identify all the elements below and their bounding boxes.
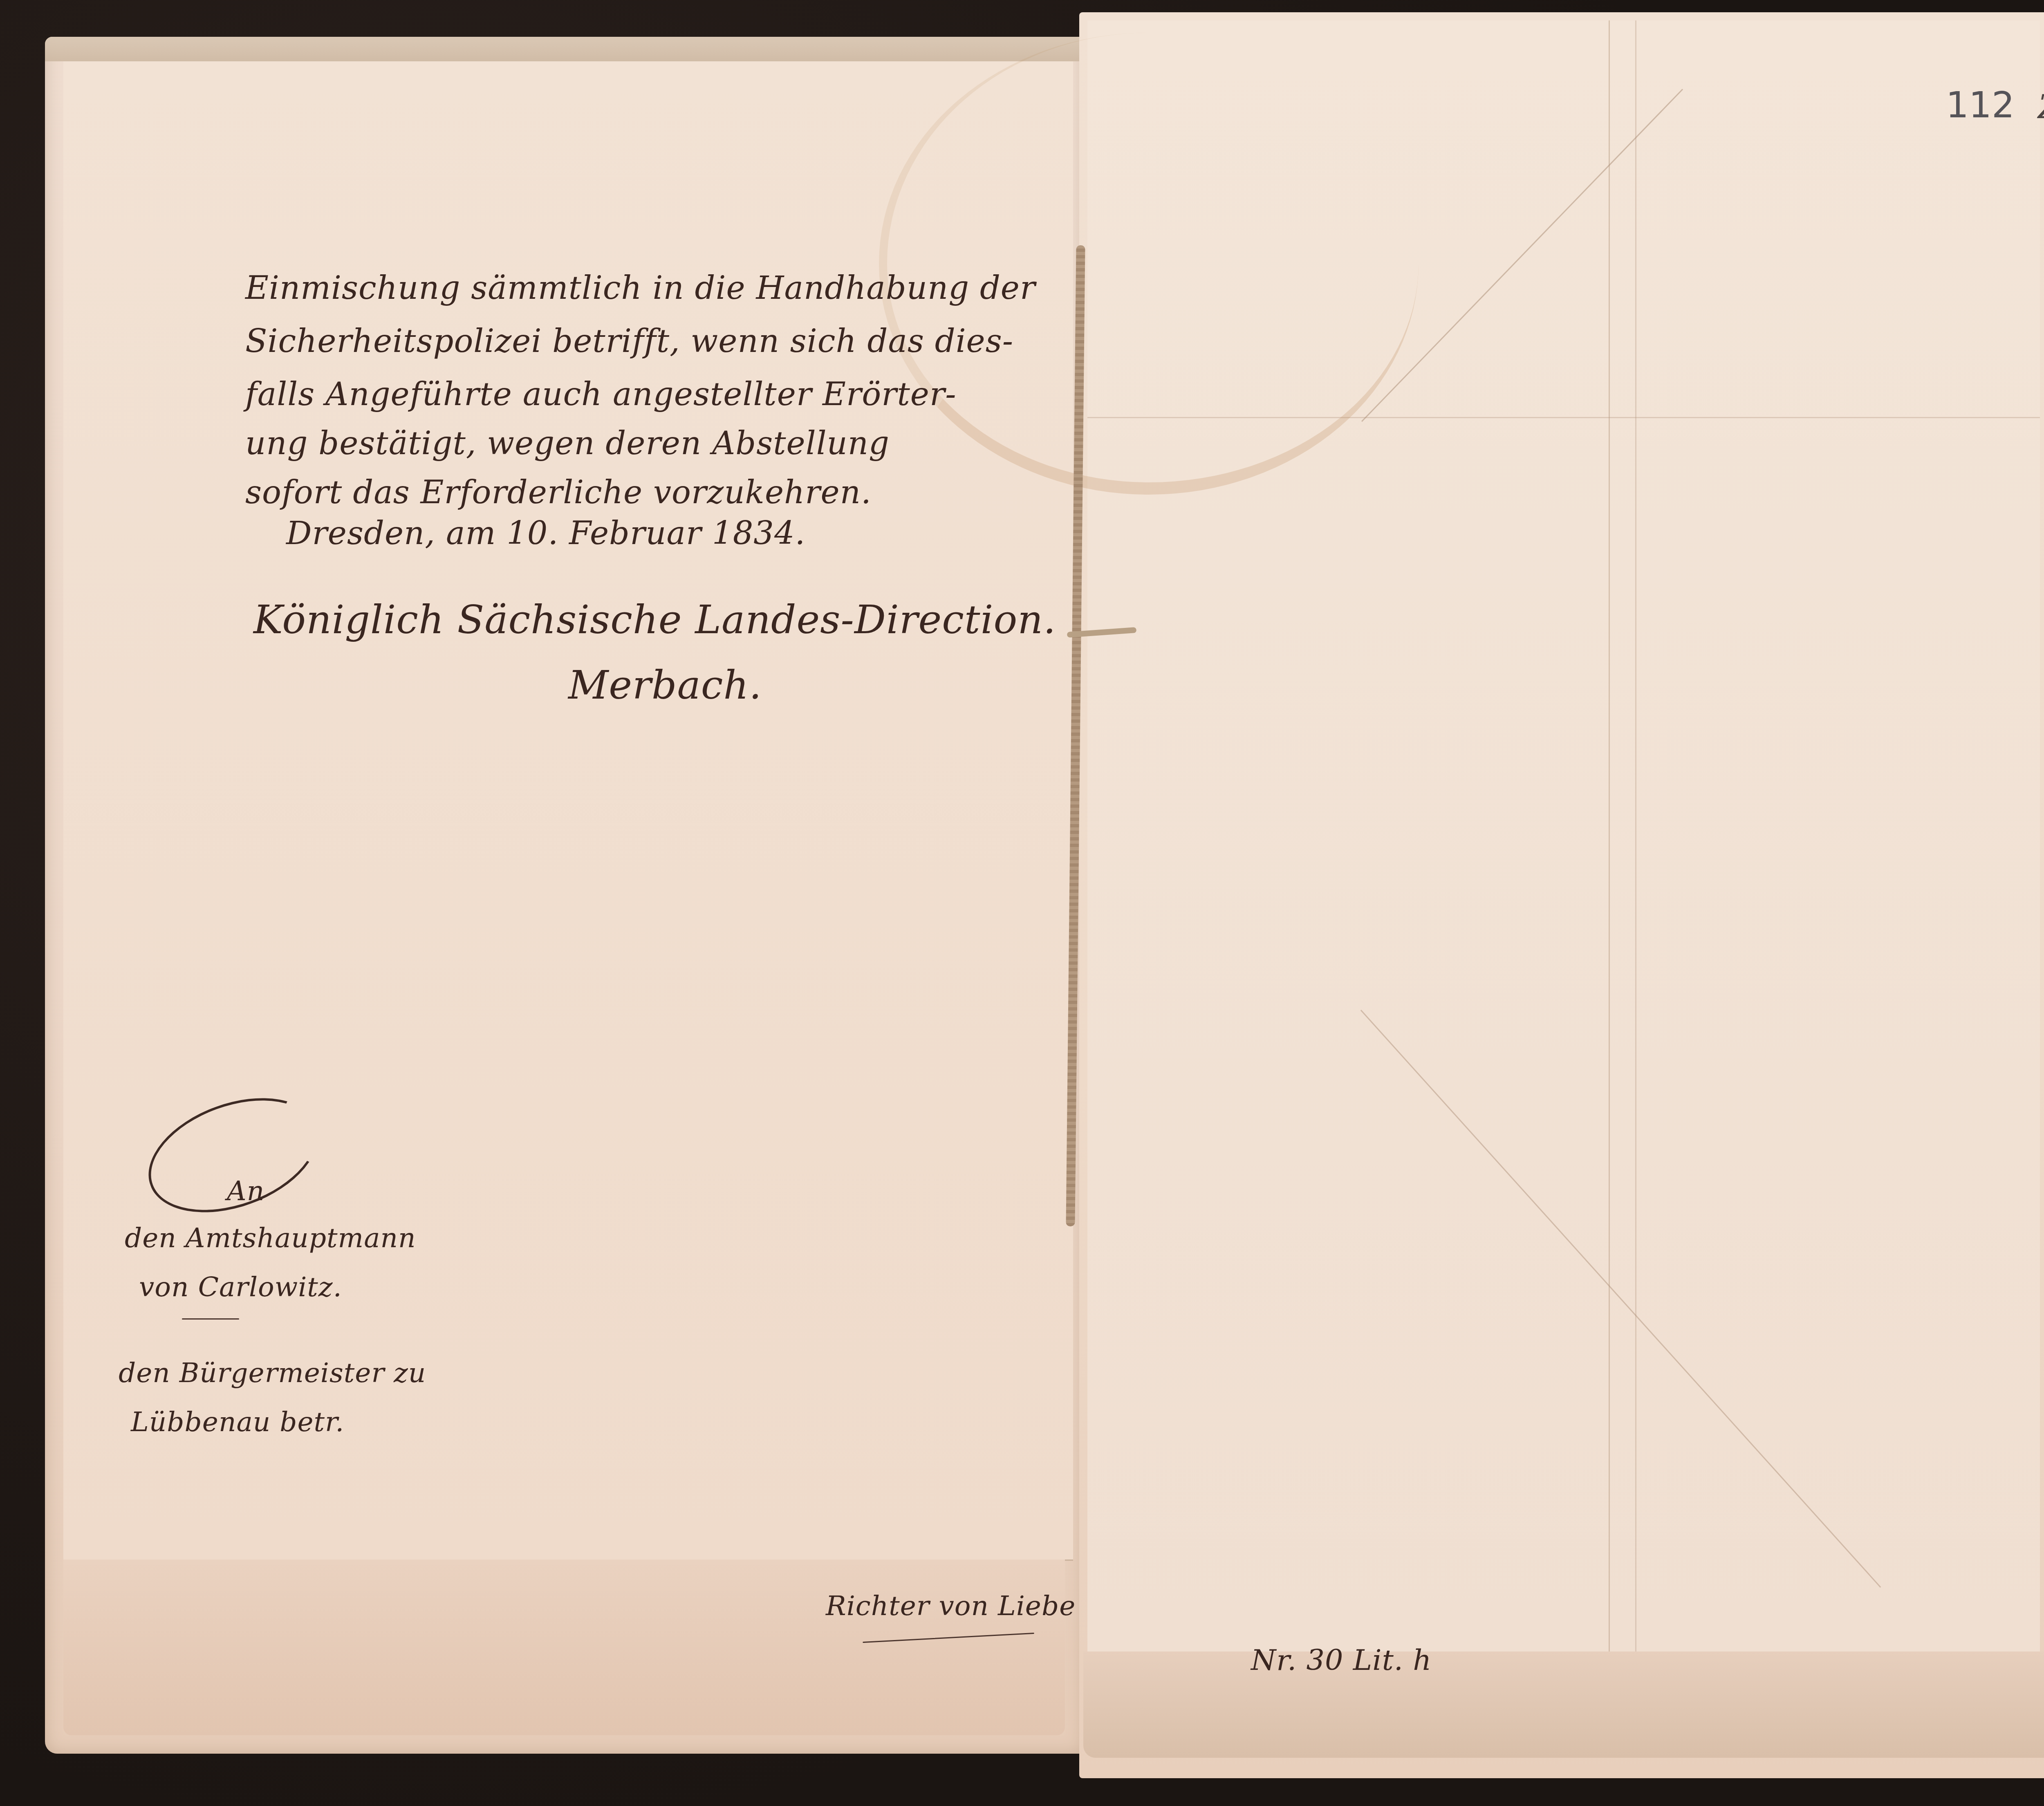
body-line-2: Sicherheitspolizei betrifft, wenn sich d…	[245, 323, 1013, 360]
fold-crease-vertical	[1609, 20, 1610, 1651]
issuing-authority: Königlich Sächsische Landes-Direction.	[253, 597, 1056, 643]
address-line-von: von Carlowitz.	[139, 1271, 342, 1303]
right-page	[1079, 12, 2044, 1778]
dateline: Dresden, am 10. Februar 1834.	[286, 515, 805, 552]
body-line-5: sofort das Erforderliche vorzukehren.	[245, 474, 872, 511]
edge-mark: Z.	[2038, 88, 2044, 126]
lower-note: Nr. 30 Lit. h	[1251, 1643, 1432, 1677]
folio-number: 112	[1946, 84, 2015, 126]
address-line-an: An	[227, 1175, 264, 1207]
address-line-buergermeister: den Bürgermeister zu	[119, 1357, 426, 1389]
fold-crease-vertical-secondary	[1635, 20, 1636, 1651]
body-line-4: ung bestätigt, wegen deren Abstellung	[245, 425, 890, 462]
clerk-signature: Richter von Liebe	[826, 1590, 1076, 1622]
body-line-1: Einmischung sämmtlich in die Handhabung …	[245, 270, 1035, 307]
body-line-3: falls Angeführte auch angestellter Erört…	[245, 376, 957, 413]
separator-rule	[182, 1318, 239, 1320]
address-line-betreff: Lübbenau betr.	[131, 1406, 344, 1438]
address-line-amtshauptmann: den Amtshauptmann	[125, 1222, 416, 1254]
left-page-deckle-edge	[45, 37, 1083, 61]
right-page-folded-sheet	[1087, 20, 2040, 1653]
signature: Merbach.	[568, 662, 762, 708]
right-page-bottom-strip	[1083, 1651, 2044, 1758]
fold-crease-horizontal	[1087, 417, 2040, 418]
left-page-bottom-flap	[63, 1560, 1065, 1735]
